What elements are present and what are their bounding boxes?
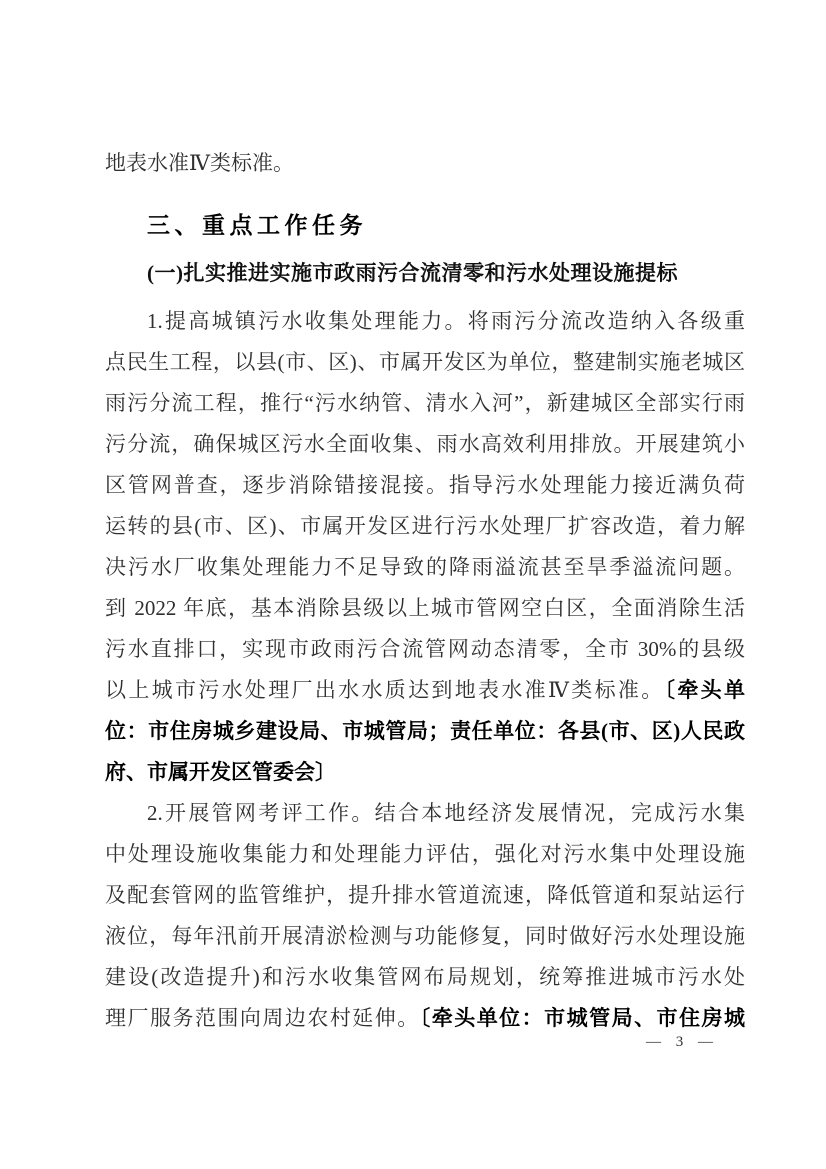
para1-line12: 府、市属开发区管委会〕 xyxy=(105,760,745,784)
para2-line5: 建设(改造提升)和污水收集管网布局规划，统筹推进城市污水处 xyxy=(105,965,745,989)
text-segment: 理厂服务范围向周边农村延伸。 xyxy=(105,1006,420,1030)
document-lines: 地表水准Ⅳ类标准。三、重点工作任务(一)扎实推进实施市政雨污合流清零和污水处理设… xyxy=(0,0,826,1169)
text-segment: 〔牵头单位：市城管局、市住房城 xyxy=(420,1006,745,1030)
sub-heading: (一)扎实推进实施市政雨污合流清零和污水处理设施提标 xyxy=(105,261,745,285)
section-heading: 三、重点工作任务 xyxy=(105,213,745,237)
text-segment: 2.开展管网考评工作。结合本地经济发展情况，完成污水集 xyxy=(147,801,745,825)
text-segment: 1.提高城镇污水收集处理能力。将雨污分流改造纳入各级重 xyxy=(147,309,745,333)
text-segment: 到 2022 年底，基本消除县级以上城市管网空白区，全面消除生活 xyxy=(105,596,745,620)
text-segment: 〔牵头单 xyxy=(665,678,745,702)
para2-line3: 及配套管网的监管维护，提升排水管道流速，降低管道和泵站运行 xyxy=(105,883,745,907)
document-page: 地表水准Ⅳ类标准。三、重点工作任务(一)扎实推进实施市政雨污合流清零和污水处理设… xyxy=(0,0,826,1169)
page-number: — 3 — xyxy=(646,1034,714,1051)
text-segment: 污分流，确保城区污水全面收集、雨水高效利用排放。开展建筑小 xyxy=(105,432,745,456)
text-segment: 雨污分流工程，推行“污水纳管、清水入河”，新建城区全部实行雨 xyxy=(105,391,745,415)
para1-line10: 以上城市污水处理厂出水水质达到地表水准Ⅳ类标准。〔牵头单 xyxy=(105,678,745,702)
para2-line6: 理厂服务范围向周边农村延伸。〔牵头单位：市城管局、市住房城 xyxy=(105,1006,745,1030)
text-segment: 区管网普查，逐步消除错接混接。指导污水处理能力接近满负荷 xyxy=(105,473,745,497)
carryover-line: 地表水准Ⅳ类标准。 xyxy=(105,151,745,175)
text-segment: 决污水厂收集处理能力不足导致的降雨溢流甚至旱季溢流问题。 xyxy=(105,555,745,579)
text-segment: 及配套管网的监管维护，提升排水管道流速，降低管道和泵站运行 xyxy=(105,883,745,907)
para2-line4: 液位，每年汛前开展清淤检测与功能修复，同时做好污水处理设施 xyxy=(105,924,745,948)
para1-line11: 位：市住房城乡建设局、市城管局；责任单位：各县(市、区)人民政 xyxy=(105,719,745,743)
para1-line3: 雨污分流工程，推行“污水纳管、清水入河”，新建城区全部实行雨 xyxy=(105,391,745,415)
para1-line6: 运转的县(市、区)、市属开发区进行污水处理厂扩容改造，着力解 xyxy=(105,514,745,538)
para1-line8: 到 2022 年底，基本消除县级以上城市管网空白区，全面消除生活 xyxy=(105,596,745,620)
para1-line1: 1.提高城镇污水收集处理能力。将雨污分流改造纳入各级重 xyxy=(105,309,745,333)
text-segment: 液位，每年汛前开展清淤检测与功能修复，同时做好污水处理设施 xyxy=(105,924,745,948)
text-segment: 以上城市污水处理厂出水水质达到地表水准Ⅳ类标准。 xyxy=(105,678,665,702)
text-segment: 中处理设施收集能力和处理能力评估，强化对污水集中处理设施 xyxy=(105,842,745,866)
para1-line2: 点民生工程，以县(市、区)、市属开发区为单位，整建制实施老城区 xyxy=(105,350,745,374)
para2-line2: 中处理设施收集能力和处理能力评估，强化对污水集中处理设施 xyxy=(105,842,745,866)
text-segment: 位：市住房城乡建设局、市城管局；责任单位：各县(市、区)人民政 xyxy=(105,719,745,743)
text-segment: 地表水准Ⅳ类标准。 xyxy=(105,151,294,175)
text-segment: 运转的县(市、区)、市属开发区进行污水处理厂扩容改造，着力解 xyxy=(105,514,745,538)
para1-line7: 决污水厂收集处理能力不足导致的降雨溢流甚至旱季溢流问题。 xyxy=(105,555,745,579)
para1-line4: 污分流，确保城区污水全面收集、雨水高效利用排放。开展建筑小 xyxy=(105,432,745,456)
para1-line5: 区管网普查，逐步消除错接混接。指导污水处理能力接近满负荷 xyxy=(105,473,745,497)
para2-line1: 2.开展管网考评工作。结合本地经济发展情况，完成污水集 xyxy=(105,801,745,825)
para1-line9: 污水直排口，实现市政雨污合流管网动态清零，全市 30%的县级 xyxy=(105,637,745,661)
text-segment: 污水直排口，实现市政雨污合流管网动态清零，全市 30%的县级 xyxy=(105,637,745,661)
text-segment: 府、市属开发区管委会〕 xyxy=(105,760,336,784)
text-segment: 点民生工程，以县(市、区)、市属开发区为单位，整建制实施老城区 xyxy=(105,350,745,374)
text-segment: 建设(改造提升)和污水收集管网布局规划，统筹推进城市污水处 xyxy=(105,965,745,989)
text-segment: (一)扎实推进实施市政雨污合流清零和污水处理设施提标 xyxy=(147,261,678,285)
text-segment: 三、重点工作任务 xyxy=(147,212,367,238)
